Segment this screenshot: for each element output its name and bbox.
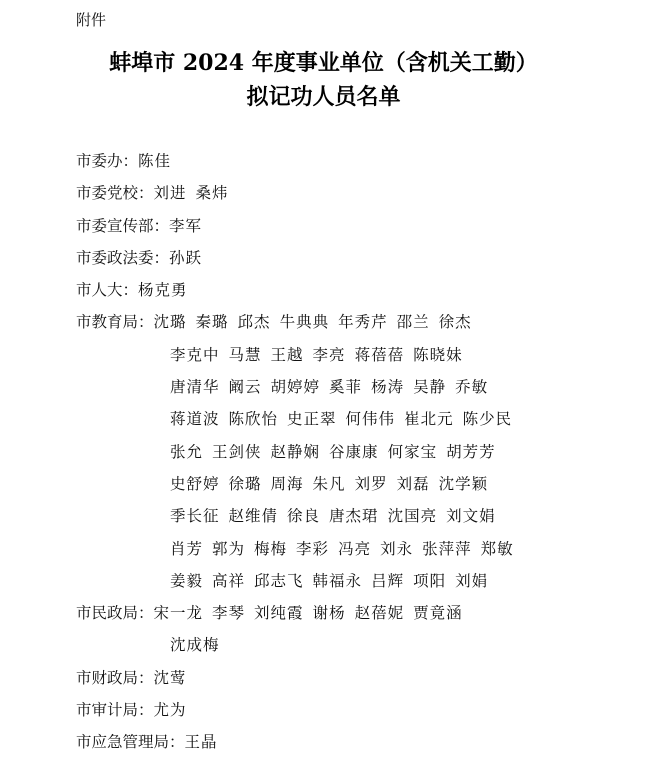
person-name: 阚云 bbox=[229, 371, 262, 403]
person-name: 赵蓓妮 bbox=[355, 597, 405, 629]
person-name: 胡婷婷 bbox=[271, 371, 321, 403]
person-name: 沈学颖 bbox=[439, 468, 489, 500]
document-subtitle: 拟记功人员名单 bbox=[0, 80, 647, 111]
department-row: 市应急管理局：王晶 bbox=[76, 726, 636, 758]
department-label: 市委办： bbox=[76, 145, 138, 177]
person-name: 陈佳 bbox=[138, 145, 171, 177]
person-name: 郭为 bbox=[212, 533, 245, 565]
department-row: 市教育局：沈璐秦璐邱杰牛典典年秀芹邵兰徐杰 bbox=[76, 306, 636, 338]
department-row: 市审计局：尤为 bbox=[76, 694, 636, 726]
person-name: 宋一龙 bbox=[154, 597, 204, 629]
document-title: 蚌埠市 2024 年度事业单位（含机关工勤） bbox=[0, 46, 647, 77]
name-list: 宋一龙李琴刘纯霞谢杨赵蓓妮贾竟涵 bbox=[154, 597, 472, 629]
person-name: 何伟伟 bbox=[346, 403, 396, 435]
person-name: 邵兰 bbox=[397, 306, 430, 338]
name-list: 李军 bbox=[169, 210, 211, 242]
person-name: 朱凡 bbox=[313, 468, 346, 500]
person-name: 沈国亮 bbox=[388, 500, 438, 532]
person-name: 刘磊 bbox=[397, 468, 430, 500]
person-name: 刘娟 bbox=[455, 565, 488, 597]
department-row: 市委政法委：孙跃 bbox=[76, 242, 636, 274]
person-name: 秦璐 bbox=[196, 306, 229, 338]
person-name: 郑敏 bbox=[481, 533, 514, 565]
department-row: 市人大：杨克勇 bbox=[76, 274, 636, 306]
person-name: 牛典典 bbox=[280, 306, 330, 338]
person-name: 王剑侠 bbox=[212, 436, 262, 468]
person-name: 何家宝 bbox=[388, 436, 438, 468]
person-name: 杨涛 bbox=[371, 371, 404, 403]
name-list: 刘进桑炜 bbox=[154, 177, 238, 209]
department-row: 市财政局：沈莺 bbox=[76, 662, 636, 694]
person-name: 唐清华 bbox=[170, 371, 220, 403]
department-label: 市民政局： bbox=[76, 597, 154, 629]
name-list: 蒋道波陈欣怡史正翠何伟伟崔北元陈少民 bbox=[170, 403, 521, 435]
person-name: 李琴 bbox=[212, 597, 245, 629]
person-name: 李亮 bbox=[313, 339, 346, 371]
person-name: 沈璐 bbox=[154, 306, 187, 338]
person-name: 项阳 bbox=[413, 565, 446, 597]
award-list: 市委办：陈佳市委党校：刘进桑炜市委宣传部：李军市委政法委：孙跃市人大：杨克勇市教… bbox=[76, 145, 636, 759]
person-name: 李彩 bbox=[296, 533, 329, 565]
person-name: 刘罗 bbox=[355, 468, 388, 500]
person-name: 陈少民 bbox=[463, 403, 513, 435]
department-row-continuation: 唐清华阚云胡婷婷奚菲杨涛吴静乔敏 bbox=[76, 371, 636, 403]
person-name: 邱志飞 bbox=[254, 565, 304, 597]
department-row: 市委党校：刘进桑炜 bbox=[76, 177, 636, 209]
person-name: 梅梅 bbox=[254, 533, 287, 565]
person-name: 尤为 bbox=[154, 694, 187, 726]
person-name: 马慧 bbox=[229, 339, 262, 371]
person-name: 周海 bbox=[271, 468, 304, 500]
person-name: 贾竟涵 bbox=[413, 597, 463, 629]
department-label: 市审计局： bbox=[76, 694, 154, 726]
department-row-continuation: 蒋道波陈欣怡史正翠何伟伟崔北元陈少民 bbox=[76, 403, 636, 435]
person-name: 徐璐 bbox=[229, 468, 262, 500]
person-name: 刘永 bbox=[380, 533, 413, 565]
person-name: 赵维倩 bbox=[229, 500, 279, 532]
person-name: 张萍萍 bbox=[422, 533, 472, 565]
person-name: 赵静娴 bbox=[271, 436, 321, 468]
department-row-continuation: 姜毅高祥邱志飞韩福永吕辉项阳刘娟 bbox=[76, 565, 636, 597]
department-row-continuation: 史舒婷徐璐周海朱凡刘罗刘磊沈学颖 bbox=[76, 468, 636, 500]
name-list: 肖芳郭为梅梅李彩冯亮刘永张萍萍郑敏 bbox=[170, 533, 523, 565]
department-row-continuation: 张允王剑侠赵静娴谷康康何家宝胡芳芳 bbox=[76, 436, 636, 468]
person-name: 邱杰 bbox=[238, 306, 271, 338]
department-label: 市人大： bbox=[76, 274, 138, 306]
person-name: 史舒婷 bbox=[170, 468, 220, 500]
person-name: 姜毅 bbox=[170, 565, 203, 597]
person-name: 肖芳 bbox=[170, 533, 203, 565]
person-name: 陈欣怡 bbox=[229, 403, 279, 435]
person-name: 胡芳芳 bbox=[446, 436, 496, 468]
person-name: 徐良 bbox=[287, 500, 320, 532]
name-list: 陈佳 bbox=[138, 145, 180, 177]
person-name: 季长征 bbox=[170, 500, 220, 532]
name-list: 沈莺 bbox=[154, 662, 196, 694]
name-list: 姜毅高祥邱志飞韩福永吕辉项阳刘娟 bbox=[170, 565, 497, 597]
department-row: 市委宣传部：李军 bbox=[76, 210, 636, 242]
name-list: 张允王剑侠赵静娴谷康康何家宝胡芳芳 bbox=[170, 436, 505, 468]
department-label: 市教育局： bbox=[76, 306, 154, 338]
person-name: 陈晓妹 bbox=[413, 339, 463, 371]
person-name: 刘文娟 bbox=[446, 500, 496, 532]
person-name: 徐杰 bbox=[439, 306, 472, 338]
person-name: 韩福永 bbox=[313, 565, 363, 597]
department-label: 市委宣传部： bbox=[76, 210, 169, 242]
person-name: 蒋道波 bbox=[170, 403, 220, 435]
name-list: 尤为 bbox=[154, 694, 196, 726]
person-name: 蒋蓓蓓 bbox=[355, 339, 405, 371]
person-name: 李军 bbox=[169, 210, 202, 242]
person-name: 史正翠 bbox=[287, 403, 337, 435]
person-name: 李克中 bbox=[170, 339, 220, 371]
name-list: 季长征赵维倩徐良唐杰珺沈国亮刘文娟 bbox=[170, 500, 505, 532]
person-name: 王越 bbox=[271, 339, 304, 371]
person-name: 吴静 bbox=[413, 371, 446, 403]
name-list: 杨克勇 bbox=[138, 274, 197, 306]
person-name: 奚菲 bbox=[329, 371, 362, 403]
department-label: 市委政法委： bbox=[76, 242, 169, 274]
department-label: 市财政局： bbox=[76, 662, 154, 694]
name-list: 唐清华阚云胡婷婷奚菲杨涛吴静乔敏 bbox=[170, 371, 497, 403]
person-name: 桑炜 bbox=[196, 177, 229, 209]
name-list: 沈成梅 bbox=[170, 629, 229, 661]
person-name: 谢杨 bbox=[313, 597, 346, 629]
person-name: 张允 bbox=[170, 436, 203, 468]
department-label: 市应急管理局： bbox=[76, 726, 185, 758]
person-name: 冯亮 bbox=[338, 533, 371, 565]
name-list: 史舒婷徐璐周海朱凡刘罗刘磊沈学颖 bbox=[170, 468, 497, 500]
person-name: 刘进 bbox=[154, 177, 187, 209]
person-name: 唐杰珺 bbox=[329, 500, 379, 532]
department-row: 市委办：陈佳 bbox=[76, 145, 636, 177]
person-name: 高祥 bbox=[212, 565, 245, 597]
person-name: 王晶 bbox=[185, 726, 218, 758]
name-list: 李克中马慧王越李亮蒋蓓蓓陈晓妹 bbox=[170, 339, 472, 371]
name-list: 王晶 bbox=[185, 726, 227, 758]
department-row-continuation: 季长征赵维倩徐良唐杰珺沈国亮刘文娟 bbox=[76, 500, 636, 532]
department-row-continuation: 肖芳郭为梅梅李彩冯亮刘永张萍萍郑敏 bbox=[76, 533, 636, 565]
person-name: 乔敏 bbox=[455, 371, 488, 403]
person-name: 年秀芹 bbox=[338, 306, 388, 338]
person-name: 沈成梅 bbox=[170, 629, 220, 661]
attachment-label: 附件 bbox=[76, 9, 106, 30]
person-name: 沈莺 bbox=[154, 662, 187, 694]
department-row: 市民政局：宋一龙李琴刘纯霞谢杨赵蓓妮贾竟涵 bbox=[76, 597, 636, 629]
person-name: 吕辉 bbox=[371, 565, 404, 597]
department-row-continuation: 李克中马慧王越李亮蒋蓓蓓陈晓妹 bbox=[76, 339, 636, 371]
person-name: 杨克勇 bbox=[138, 274, 188, 306]
person-name: 崔北元 bbox=[404, 403, 454, 435]
department-row-continuation: 沈成梅 bbox=[76, 629, 636, 661]
person-name: 刘纯霞 bbox=[254, 597, 304, 629]
name-list: 沈璐秦璐邱杰牛典典年秀芹邵兰徐杰 bbox=[154, 306, 481, 338]
department-label: 市委党校： bbox=[76, 177, 154, 209]
person-name: 谷康康 bbox=[329, 436, 379, 468]
name-list: 孙跃 bbox=[169, 242, 211, 274]
person-name: 孙跃 bbox=[169, 242, 202, 274]
